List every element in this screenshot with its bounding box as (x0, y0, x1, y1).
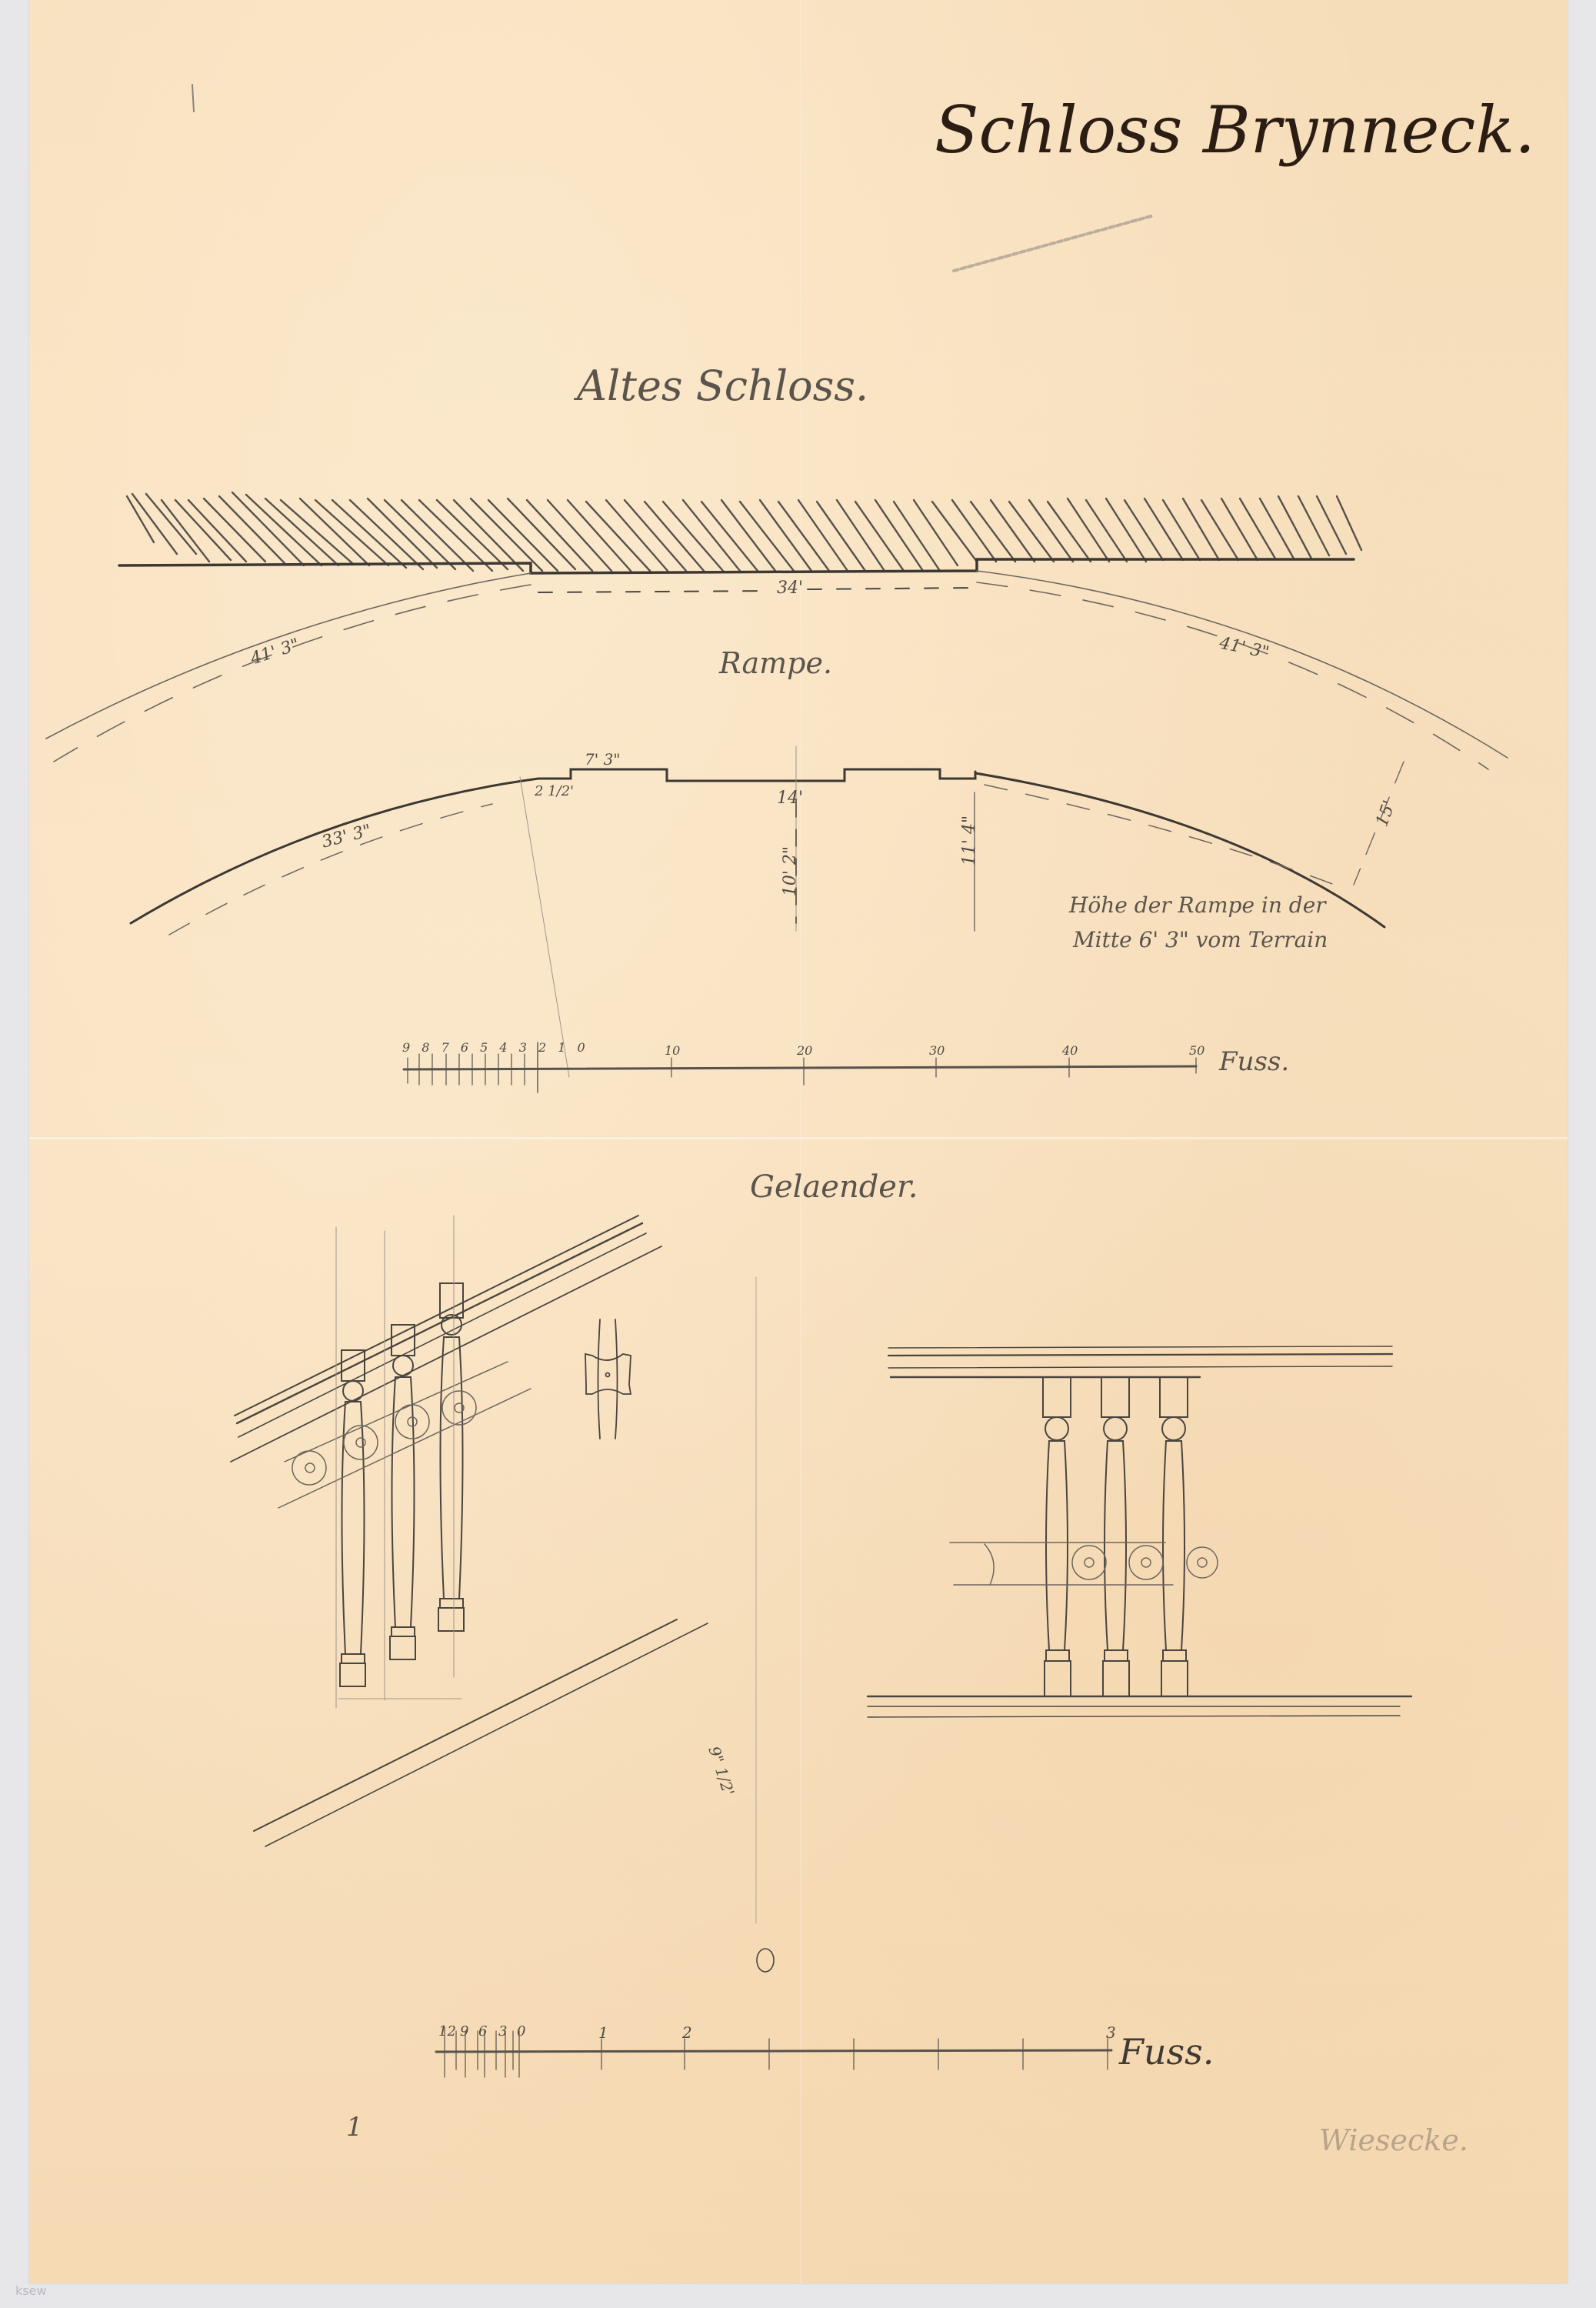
straight-baluster-3 (1160, 1377, 1188, 1696)
bottom-scale-label-6: 6 (478, 2023, 487, 2040)
top-scale-label-40: 40 (1062, 1043, 1078, 1058)
dim-rampe-depth-right: 11' 4" (960, 815, 979, 865)
top-scale-unit: Fuss. (1219, 1046, 1289, 1077)
document-title: Schloss Brynneck. (935, 92, 1535, 168)
straight-railing (868, 1346, 1411, 1717)
ramp-left-curve (131, 779, 538, 923)
dim-rampe-step-small: 2 1/2' (535, 783, 574, 799)
dim-rampe-center-width: 14' (777, 789, 803, 808)
dim-rampe-depth-center: 10' 2" (781, 846, 800, 896)
straight-baluster-2 (1101, 1377, 1129, 1696)
top-scale-label-10: 10 (665, 1043, 680, 1058)
bottom-scale-label-2: 2 (682, 2023, 692, 2042)
section-label-rampe: Rampe. (719, 646, 832, 680)
top-scale-small-labels: 9 8 7 6 5 4 3 2 1 0 (402, 1040, 589, 1055)
bottom-scale-label-12: 12 (438, 2023, 456, 2040)
top-scale-label-20: 20 (797, 1043, 812, 1058)
bottom-scale-label-1: 1 (598, 2023, 608, 2042)
dim-rampe-step-width: 7' 3" (585, 750, 621, 769)
bottom-scale-bar (436, 2027, 1111, 2077)
bottom-scale-label-9: 9 (460, 2023, 468, 2040)
bottom-scale-label-3: 3 (498, 2023, 507, 2040)
top-scale-label-30: 30 (929, 1043, 945, 1058)
dim-altes-center: 34' (777, 579, 803, 598)
baluster-detail-section (585, 1319, 631, 1439)
bottom-scale-label-0: 0 (517, 2023, 525, 2040)
bottom-scale-label-3-ft: 3 (1106, 2023, 1116, 2042)
top-scale-label-50: 50 (1189, 1043, 1204, 1058)
architectural-drawing (0, 0, 1596, 2308)
rampe-note-line-2: Mitte 6' 3" vom Terrain (1073, 927, 1328, 952)
signature: Wiesecke. (1319, 2123, 1468, 2157)
archive-watermark: ksew (15, 2283, 47, 2298)
inclined-baluster-2 (390, 1325, 415, 1659)
old-castle-right-arc (977, 571, 1508, 758)
compass-point-mark (757, 1949, 774, 1972)
inclined-baluster-1 (340, 1350, 365, 1686)
straight-rosettes (950, 1543, 1218, 1585)
page-number-mark: 1 (346, 2112, 363, 2143)
ramp-top-profile (538, 769, 975, 781)
straight-baluster-1 (1043, 1377, 1071, 1696)
section-label-gelaender: Gelaender. (750, 1169, 918, 1205)
inclined-railing (231, 1216, 708, 1846)
section-label-altes-schloss: Altes Schloss. (577, 362, 868, 410)
rampe-note-line-1: Höhe der Rampe in der (1069, 892, 1326, 918)
bottom-scale-unit: Fuss. (1119, 2031, 1214, 2073)
